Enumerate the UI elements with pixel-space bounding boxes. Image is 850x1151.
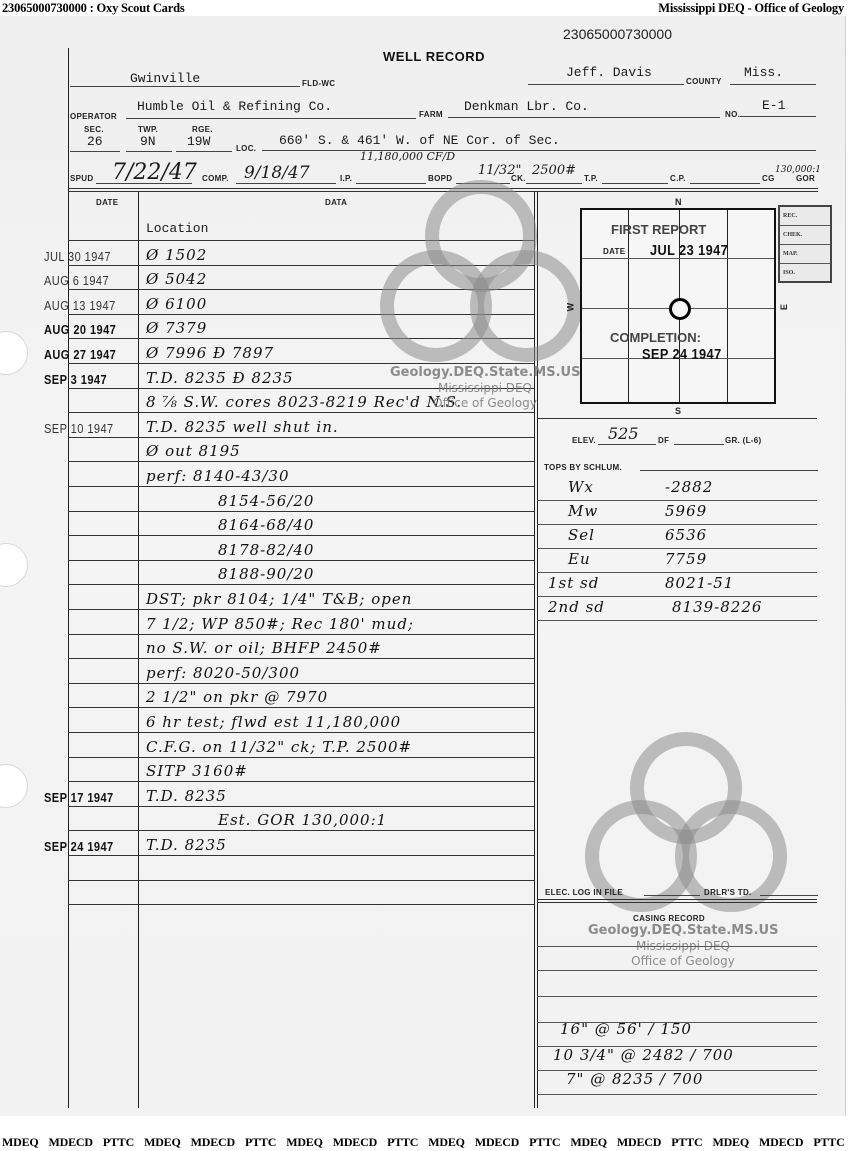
log-row-entry: Est. GOR 130,000:1	[218, 811, 387, 829]
right-rule	[537, 418, 817, 419]
log-row-rule	[68, 806, 534, 807]
log-row-rule	[68, 511, 534, 512]
log-row-rule	[68, 830, 534, 831]
top-formation-name: Mw	[568, 502, 598, 520]
date-header: DATE	[96, 198, 118, 207]
sec-value: 26	[87, 134, 103, 149]
tp-label: T.P.	[584, 174, 598, 183]
twp-underline	[126, 151, 172, 152]
farm-underline	[448, 117, 720, 118]
footer-tag: MDEQ	[286, 1135, 323, 1150]
twp-label: TWP.	[138, 125, 158, 134]
elec-log-underline	[644, 895, 700, 896]
location-plat: FIRST REPORT DATE JUL 23 1947 COMPLETION…	[580, 208, 776, 404]
comp-value: 9/18/47	[244, 163, 310, 183]
log-row-entry: 8164-68/40	[218, 516, 314, 534]
ck-underline	[526, 183, 582, 184]
operator-underline	[126, 118, 416, 119]
gr-label: GR. (L-6)	[725, 436, 761, 445]
county-value: Jeff. Davis	[566, 65, 652, 80]
footer-tag: PTTC	[813, 1135, 844, 1150]
ip-underline	[356, 183, 426, 184]
loc-underline	[262, 150, 816, 151]
footer-tag: MDECD	[49, 1135, 93, 1150]
check-stamp-map: MAP.	[780, 245, 830, 264]
cp-underline	[690, 183, 760, 184]
log-row-entry: Location	[146, 221, 208, 236]
right-rule	[537, 902, 817, 903]
log-row-entry: T.D. 8235 well shut in.	[146, 418, 339, 436]
log-row-rule	[68, 560, 534, 561]
log-row-rule	[68, 880, 534, 881]
log-row-entry: Ø 7379	[146, 319, 207, 337]
ck-label: CK.	[511, 174, 526, 183]
tops-rule	[537, 524, 817, 525]
tops-rule	[537, 500, 817, 501]
page-header-left: 23065000730000 : Oxy Scout Cards	[2, 1, 185, 16]
log-row-rule	[68, 707, 534, 708]
completion-date: SEP 24 1947	[642, 346, 722, 363]
log-row-entry: no S.W. or oil; BHFP 2450#	[146, 639, 382, 657]
top-formation-name: 1st sd	[548, 574, 599, 592]
footer-tag: PTTC	[529, 1135, 560, 1150]
sec-label: SEC.	[84, 125, 104, 134]
log-row-rule	[68, 904, 534, 905]
log-row-date: AUG 20 1947	[44, 322, 116, 337]
log-row-entry: T.D. 8235	[146, 787, 227, 805]
log-row-entry: Ø 1502	[146, 246, 207, 264]
loc-value: 660' S. & 461' W. of NE Cor. of Sec.	[279, 133, 560, 148]
log-row-entry: 2 1/2" on pkr @ 7970	[146, 688, 328, 706]
spud-label: SPUD	[70, 174, 93, 183]
top-formation-name: Eu	[568, 550, 591, 568]
log-row-date: SEP 3 1947	[44, 372, 107, 387]
farm-value: Denkman Lbr. Co.	[464, 99, 589, 114]
log-row-entry: Ø 6100	[146, 295, 207, 313]
log-row-entry: T.D. 8235 Ɖ 8235	[146, 369, 294, 387]
footer-tag: MDECD	[333, 1135, 377, 1150]
casing-item: 7" @ 8235 / 700	[566, 1070, 703, 1088]
drlr-td-underline	[760, 895, 818, 896]
plat-gridline	[628, 210, 629, 402]
casing-rule	[537, 1094, 817, 1095]
log-row-entry: perf: 8140-43/30	[146, 467, 290, 485]
log-row-entry: 8188-90/20	[218, 565, 314, 583]
log-row-entry: Ø 7996 Ɖ 7897	[146, 344, 274, 362]
casing-rule	[537, 946, 817, 947]
county-underline	[528, 84, 684, 85]
gor-label: GOR	[796, 174, 815, 183]
header-rule	[68, 188, 818, 189]
completion-label: COMPLETION:	[610, 330, 701, 345]
elec-log-label: ELEC. LOG IN FILE	[545, 888, 623, 897]
log-row-entry: 7 1/2; WP 850#; Rec 180' mud;	[146, 615, 414, 633]
elev-underline	[598, 444, 656, 445]
api-number: 23065000730000	[563, 26, 672, 42]
ip-label: I.P.	[340, 174, 352, 183]
compass-s: S	[675, 406, 681, 416]
field-underline	[70, 86, 300, 87]
left-margin-rule	[68, 48, 69, 1108]
log-row-entry: perf: 8020-50/300	[146, 664, 300, 682]
ck-value: 2500#	[532, 163, 576, 178]
compass-n: N	[675, 197, 682, 207]
bopd-label: BOPD	[428, 174, 452, 183]
spud-value: 7/22/47	[112, 160, 197, 185]
check-stamp-iso: ISO.	[780, 264, 830, 283]
log-row-date: AUG 27 1947	[44, 347, 116, 362]
well-location-symbol	[669, 298, 691, 320]
drlr-td-label: DRLR'S TD.	[704, 888, 752, 897]
field-label: FLD-WC	[302, 79, 335, 88]
log-row-entry: 8154-56/20	[218, 492, 314, 510]
watermark-url: Geology.DEQ.State.MS.US	[390, 365, 580, 380]
right-rule	[537, 899, 817, 900]
first-report-date-label: DATE	[603, 247, 625, 256]
log-row-rule	[68, 363, 534, 364]
watermark-url: Geology.DEQ.State.MS.US	[588, 923, 778, 938]
top-formation-depth: 5969	[665, 502, 707, 520]
tops-label: TOPS BY SCHLUM.	[544, 463, 622, 472]
footer-tag: MDEQ	[2, 1135, 39, 1150]
casing-item: 16" @ 56' / 150	[560, 1020, 692, 1038]
top-formation-depth: 8021-51	[665, 574, 734, 592]
rge-underline	[176, 151, 232, 152]
log-row-entry: 6 hr test; flwd est 11,180,000	[146, 713, 401, 731]
check-stamp-chek: CHEK.	[780, 226, 830, 245]
footer-tag: MDECD	[191, 1135, 235, 1150]
footer-tag: MDEQ	[570, 1135, 607, 1150]
footer-tag: MDEQ	[428, 1135, 465, 1150]
comp-underline	[236, 183, 336, 184]
tops-rule	[537, 548, 817, 549]
log-row-rule	[68, 658, 534, 659]
log-row-rule	[68, 535, 534, 536]
log-row-entry: Ø out 8195	[146, 442, 241, 460]
hole-punch	[0, 331, 28, 375]
footer-tag: MDECD	[617, 1135, 661, 1150]
cp-label: C.P.	[670, 174, 686, 183]
log-row-date: AUG 13 1947	[44, 298, 116, 313]
no-underline	[740, 116, 816, 117]
log-row-date: SEP 17 1947	[44, 790, 114, 805]
footer-tag: MDEQ	[712, 1135, 749, 1150]
first-report-date: JUL 23 1947	[650, 242, 728, 259]
footer-tag: MDECD	[475, 1135, 519, 1150]
top-formation-depth: 6536	[665, 526, 707, 544]
df-label: DF	[658, 436, 669, 445]
top-formation-name: Wx	[568, 478, 594, 496]
log-row-rule	[68, 683, 534, 684]
top-formation-name: Sel	[568, 526, 595, 544]
log-row-entry: C.F.G. on 11/32" ck; T.P. 2500#	[146, 738, 412, 756]
farm-label: FARM	[419, 110, 443, 119]
cg-label: CG	[762, 174, 775, 183]
footer-tag: PTTC	[387, 1135, 418, 1150]
state-underline	[730, 84, 816, 85]
operator-value: Humble Oil & Refining Co.	[137, 99, 332, 114]
rge-value: 19W	[187, 134, 210, 149]
casing-record-label: CASING RECORD	[633, 914, 705, 923]
top-formation-depth: -2882	[665, 478, 713, 496]
log-row-rule	[68, 855, 534, 856]
rge-label: RGE.	[192, 125, 213, 134]
operator-label: OPERATOR	[70, 112, 117, 121]
review-check-stamp: REC. CHEK. MAP. ISO.	[778, 205, 832, 283]
watermark-line3: Office of Geology	[390, 396, 580, 410]
header-rule	[68, 191, 818, 192]
watermark-line3: Office of Geology	[588, 954, 778, 968]
log-row-entry: SITP 3160#	[146, 762, 248, 780]
tops-rule	[537, 620, 817, 621]
log-row-entry: 8178-82/40	[218, 541, 314, 559]
tp-underline	[602, 183, 668, 184]
tops-underline	[640, 470, 818, 471]
twp-value: 9N	[140, 134, 156, 149]
page-footer: MDEQMDECDPTTCMDEQMDECDPTTCMDEQMDECDPTTCM…	[0, 1135, 850, 1150]
sec-underline	[70, 151, 120, 152]
footer-tag: MDECD	[759, 1135, 803, 1150]
casing-rule	[537, 970, 817, 971]
log-row-entry: T.D. 8235	[146, 836, 227, 854]
log-row-rule	[68, 584, 534, 585]
top-formation-depth: 7759	[665, 550, 707, 568]
comp-label: COMP.	[202, 174, 229, 183]
hole-punch	[0, 764, 28, 808]
log-row-entry: Ø 5042	[146, 270, 207, 288]
elev-value: 525	[608, 424, 639, 443]
log-row-date: JUL 30 1947	[44, 249, 111, 264]
df-underline	[674, 444, 724, 445]
log-row-rule	[68, 412, 534, 413]
first-report-label: FIRST REPORT	[611, 222, 706, 237]
log-row-date: AUG 6 1947	[44, 273, 109, 288]
log-row-rule	[68, 757, 534, 758]
top-formation-name: 2nd sd	[548, 598, 605, 616]
log-row-rule	[68, 486, 534, 487]
spud-underline	[96, 183, 192, 184]
log-row-date: SEP 24 1947	[44, 839, 114, 854]
top-formation-depth: 8139-8226	[672, 598, 762, 616]
compass-w: W	[565, 303, 575, 312]
ip-annotation: 11,180,000 CF/D	[360, 150, 455, 163]
casing-rule	[537, 996, 817, 997]
page-header-right: Mississippi DEQ - Office of Geology	[658, 1, 844, 16]
card-title: WELL RECORD	[383, 49, 485, 64]
data-header: DATA	[325, 198, 347, 207]
footer-tag: PTTC	[103, 1135, 134, 1150]
watermark-line2: Mississippi DEQ	[390, 381, 580, 395]
log-row-rule	[68, 634, 534, 635]
state-value: Miss.	[744, 65, 783, 80]
log-row-rule	[68, 437, 534, 438]
log-row-rule	[68, 781, 534, 782]
county-label: COUNTY	[686, 77, 722, 86]
footer-tag: PTTC	[245, 1135, 276, 1150]
log-row-date: SEP 10 1947	[44, 421, 114, 436]
no-label: NO.	[725, 110, 740, 119]
compass-e: E	[779, 304, 789, 310]
log-row-rule	[68, 732, 534, 733]
plat-gridline	[727, 210, 728, 402]
check-stamp-rec: REC.	[780, 207, 830, 226]
tops-rule	[537, 596, 817, 597]
elev-label: ELEV.	[572, 436, 596, 445]
footer-tag: PTTC	[671, 1135, 702, 1150]
log-row-rule	[68, 461, 534, 462]
casing-item: 10 3/4" @ 2482 / 700	[553, 1046, 734, 1064]
log-row-entry: DST; pkr 8104; 1/4" T&B; open	[146, 590, 412, 608]
date-column-rule	[138, 192, 139, 1108]
field-value: Gwinville	[130, 71, 200, 86]
tops-rule	[537, 572, 817, 573]
well-no-value: E-1	[762, 98, 785, 113]
footer-tag: MDEQ	[144, 1135, 181, 1150]
loc-label: LOC.	[236, 144, 256, 153]
log-row-rule	[68, 609, 534, 610]
hole-punch	[0, 543, 28, 587]
